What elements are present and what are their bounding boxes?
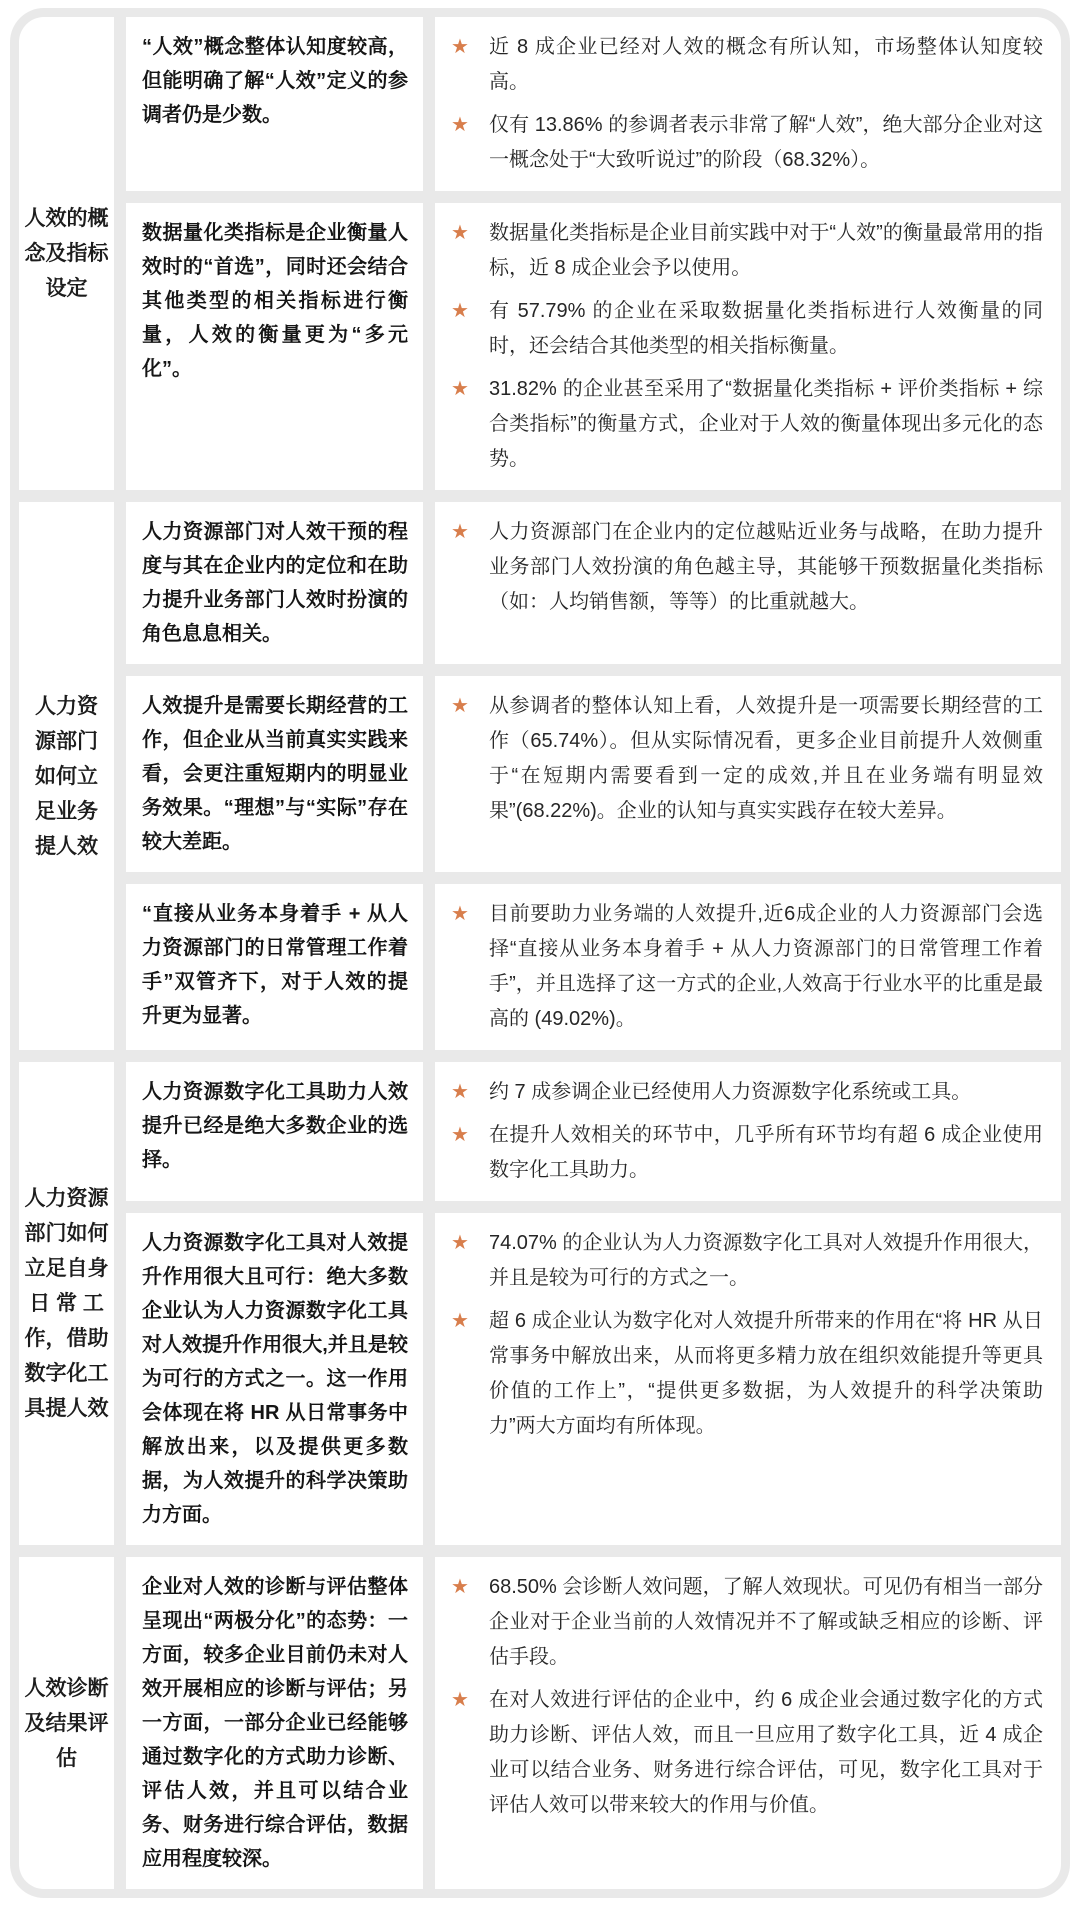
bullet-text: 从参调者的整体认知上看，人效提升是一项需要长期经营的工作（65.74%）。但从实…: [489, 689, 1043, 829]
star-icon: ★: [451, 1118, 475, 1153]
summary-text: 人效提升是需要长期经营的工作，但企业从当前真实实践来看，会更注重短期内的明显业务…: [142, 689, 408, 859]
bullet-text: 数据量化类指标是企业目前实践中对于“人效”的衡量最常用的指标，近 8 成企业会予…: [489, 216, 1043, 286]
bullet-item: ★ 31.82% 的企业甚至采用了“数据量化类指标 + 评价类指标 + 综合类指…: [451, 372, 1043, 477]
group-business-based-efficiency: 人力资 源部门 如何立 足业务 提人效 人力资源部门对人效干预的程度与其在企业内…: [19, 502, 1061, 1050]
group-diagnosis-and-evaluation: 人效诊断 及结果评 估 企业对人效的诊断与评估整体呈现出“两极分化”的态势：一方…: [19, 1557, 1061, 1889]
bullet-item: ★ 在对人效进行评估的企业中，约 6 成企业会通过数字化的方式助力诊断、评估人效…: [451, 1683, 1043, 1823]
star-icon: ★: [451, 1304, 475, 1339]
points-cell: ★ 目前要助力业务端的人效提升,近6成企业的人力资源部门会选择“直接从业务本身着…: [435, 884, 1061, 1050]
bullet-item: ★ 74.07% 的企业认为人力资源数字化工具对人效提升作用很大，并且是较为可行…: [451, 1226, 1043, 1296]
star-icon: ★: [451, 1570, 475, 1605]
bullet-text: 目前要助力业务端的人效提升,近6成企业的人力资源部门会选择“直接从业务本身着手 …: [489, 897, 1043, 1037]
category-label: 人效诊断 及结果评 估: [25, 1671, 109, 1776]
category-cell: 人效的概 念及指标 设定: [19, 17, 114, 490]
category-cell: 人力资源 部门如何 立足自身 日 常 工 作，借助 数字化工 具提人效: [19, 1062, 114, 1545]
group-concept-and-metrics: 人效的概 念及指标 设定 “人效”概念整体认知度较高，但能明确了解“人效”定义的…: [19, 17, 1061, 490]
bullet-item: ★ 约 7 成参调企业已经使用人力资源数字化系统或工具。: [451, 1075, 1043, 1110]
star-icon: ★: [451, 294, 475, 329]
category-cell: 人效诊断 及结果评 估: [19, 1557, 114, 1889]
category-label: 人力资 源部门 如何立 足业务 提人效: [35, 689, 98, 864]
points-cell: ★ 数据量化类指标是企业目前实践中对于“人效”的衡量最常用的指标，近 8 成企业…: [435, 203, 1061, 490]
bullet-text: 在对人效进行评估的企业中，约 6 成企业会通过数字化的方式助力诊断、评估人效，而…: [489, 1683, 1043, 1823]
bullet-item: ★ 在提升人效相关的环节中，几乎所有环节均有超 6 成企业使用数字化工具助力。: [451, 1118, 1043, 1188]
star-icon: ★: [451, 372, 475, 407]
summary-cell: 企业对人效的诊断与评估整体呈现出“两极分化”的态势：一方面，较多企业目前仍未对人…: [126, 1557, 423, 1889]
bullet-text: 74.07% 的企业认为人力资源数字化工具对人效提升作用很大，并且是较为可行的方…: [489, 1226, 1043, 1296]
bullet-text: 超 6 成企业认为数字化对人效提升所带来的作用在“将 HR 从日常事务中解放出来…: [489, 1304, 1043, 1444]
category-label: 人力资源 部门如何 立足自身 日 常 工 作，借助 数字化工 具提人效: [25, 1181, 109, 1426]
bullet-text: 有 57.79% 的企业在采取数据量化类指标进行人效衡量的同时，还会结合其他类型…: [489, 294, 1043, 364]
summary-text: “直接从业务本身着手 + 从人力资源部门的日常管理工作着手”双管齐下，对于人效的…: [142, 897, 408, 1033]
bullet-item: ★ 目前要助力业务端的人效提升,近6成企业的人力资源部门会选择“直接从业务本身着…: [451, 897, 1043, 1037]
bullet-text: 近 8 成企业已经对人效的概念有所认知，市场整体认知度较高。: [489, 30, 1043, 100]
bullet-text: 仅有 13.86% 的参调者表示非常了解“人效”，绝大部分企业对这一概念处于“大…: [489, 108, 1043, 178]
summary-cell: “人效”概念整体认知度较高，但能明确了解“人效”定义的参调者仍是少数。: [126, 17, 423, 191]
bullet-item: ★ 超 6 成企业认为数字化对人效提升所带来的作用在“将 HR 从日常事务中解放…: [451, 1304, 1043, 1444]
points-cell: ★ 74.07% 的企业认为人力资源数字化工具对人效提升作用很大，并且是较为可行…: [435, 1213, 1061, 1545]
points-cell: ★ 68.50% 会诊断人效问题，了解人效现状。可见仍有相当一部分企业对于企业当…: [435, 1557, 1061, 1889]
star-icon: ★: [451, 689, 475, 724]
star-icon: ★: [451, 30, 475, 65]
summary-text: 人力资源数字化工具助力人效提升已经是绝大多数企业的选择。: [142, 1075, 408, 1177]
summary-text: 人力资源数字化工具对人效提升作用很大且可行：绝大多数企业认为人力资源数字化工具对…: [142, 1226, 408, 1532]
summary-text: 企业对人效的诊断与评估整体呈现出“两极分化”的态势：一方面，较多企业目前仍未对人…: [142, 1570, 408, 1876]
bullet-text: 68.50% 会诊断人效问题，了解人效现状。可见仍有相当一部分企业对于企业当前的…: [489, 1570, 1043, 1675]
summary-table: 人效的概 念及指标 设定 “人效”概念整体认知度较高，但能明确了解“人效”定义的…: [10, 8, 1070, 1898]
summary-text: 数据量化类指标是企业衡量人效时的“首选”，同时还会结合其他类型的相关指标进行衡量…: [142, 216, 408, 386]
bullet-item: ★ 有 57.79% 的企业在采取数据量化类指标进行人效衡量的同时，还会结合其他…: [451, 294, 1043, 364]
summary-cell: “直接从业务本身着手 + 从人力资源部门的日常管理工作着手”双管齐下，对于人效的…: [126, 884, 423, 1050]
summary-text: 人力资源部门对人效干预的程度与其在企业内的定位和在助力提升业务部门人效时扮演的角…: [142, 515, 408, 651]
bullet-item: ★ 仅有 13.86% 的参调者表示非常了解“人效”，绝大部分企业对这一概念处于…: [451, 108, 1043, 178]
bullet-item: ★ 从参调者的整体认知上看，人效提升是一项需要长期经营的工作（65.74%）。但…: [451, 689, 1043, 829]
star-icon: ★: [451, 515, 475, 550]
summary-text: “人效”概念整体认知度较高，但能明确了解“人效”定义的参调者仍是少数。: [142, 30, 408, 132]
summary-cell: 人力资源数字化工具助力人效提升已经是绝大多数企业的选择。: [126, 1062, 423, 1201]
summary-cell: 人效提升是需要长期经营的工作，但企业从当前真实实践来看，会更注重短期内的明显业务…: [126, 676, 423, 872]
points-cell: ★ 人力资源部门在企业内的定位越贴近业务与战略，在助力提升业务部门人效扮演的角色…: [435, 502, 1061, 664]
bullet-text: 约 7 成参调企业已经使用人力资源数字化系统或工具。: [489, 1075, 1043, 1110]
bullet-text: 31.82% 的企业甚至采用了“数据量化类指标 + 评价类指标 + 综合类指标”…: [489, 372, 1043, 477]
summary-cell: 人力资源部门对人效干预的程度与其在企业内的定位和在助力提升业务部门人效时扮演的角…: [126, 502, 423, 664]
bullet-text: 在提升人效相关的环节中，几乎所有环节均有超 6 成企业使用数字化工具助力。: [489, 1118, 1043, 1188]
star-icon: ★: [451, 108, 475, 143]
points-cell: ★ 近 8 成企业已经对人效的概念有所认知，市场整体认知度较高。 ★ 仅有 13…: [435, 17, 1061, 191]
star-icon: ★: [451, 1075, 475, 1110]
group-digital-tools-efficiency: 人力资源 部门如何 立足自身 日 常 工 作，借助 数字化工 具提人效 人力资源…: [19, 1062, 1061, 1545]
category-label: 人效的概 念及指标 设定: [25, 201, 109, 306]
points-cell: ★ 约 7 成参调企业已经使用人力资源数字化系统或工具。 ★ 在提升人效相关的环…: [435, 1062, 1061, 1201]
bullet-item: ★ 人力资源部门在企业内的定位越贴近业务与战略，在助力提升业务部门人效扮演的角色…: [451, 515, 1043, 620]
star-icon: ★: [451, 897, 475, 932]
star-icon: ★: [451, 1683, 475, 1718]
bullet-item: ★ 数据量化类指标是企业目前实践中对于“人效”的衡量最常用的指标，近 8 成企业…: [451, 216, 1043, 286]
summary-cell: 人力资源数字化工具对人效提升作用很大且可行：绝大多数企业认为人力资源数字化工具对…: [126, 1213, 423, 1545]
bullet-item: ★ 68.50% 会诊断人效问题，了解人效现状。可见仍有相当一部分企业对于企业当…: [451, 1570, 1043, 1675]
star-icon: ★: [451, 1226, 475, 1261]
summary-cell: 数据量化类指标是企业衡量人效时的“首选”，同时还会结合其他类型的相关指标进行衡量…: [126, 203, 423, 490]
star-icon: ★: [451, 216, 475, 251]
points-cell: ★ 从参调者的整体认知上看，人效提升是一项需要长期经营的工作（65.74%）。但…: [435, 676, 1061, 872]
category-cell: 人力资 源部门 如何立 足业务 提人效: [19, 502, 114, 1050]
bullet-text: 人力资源部门在企业内的定位越贴近业务与战略，在助力提升业务部门人效扮演的角色越主…: [489, 515, 1043, 620]
bullet-item: ★ 近 8 成企业已经对人效的概念有所认知，市场整体认知度较高。: [451, 30, 1043, 100]
